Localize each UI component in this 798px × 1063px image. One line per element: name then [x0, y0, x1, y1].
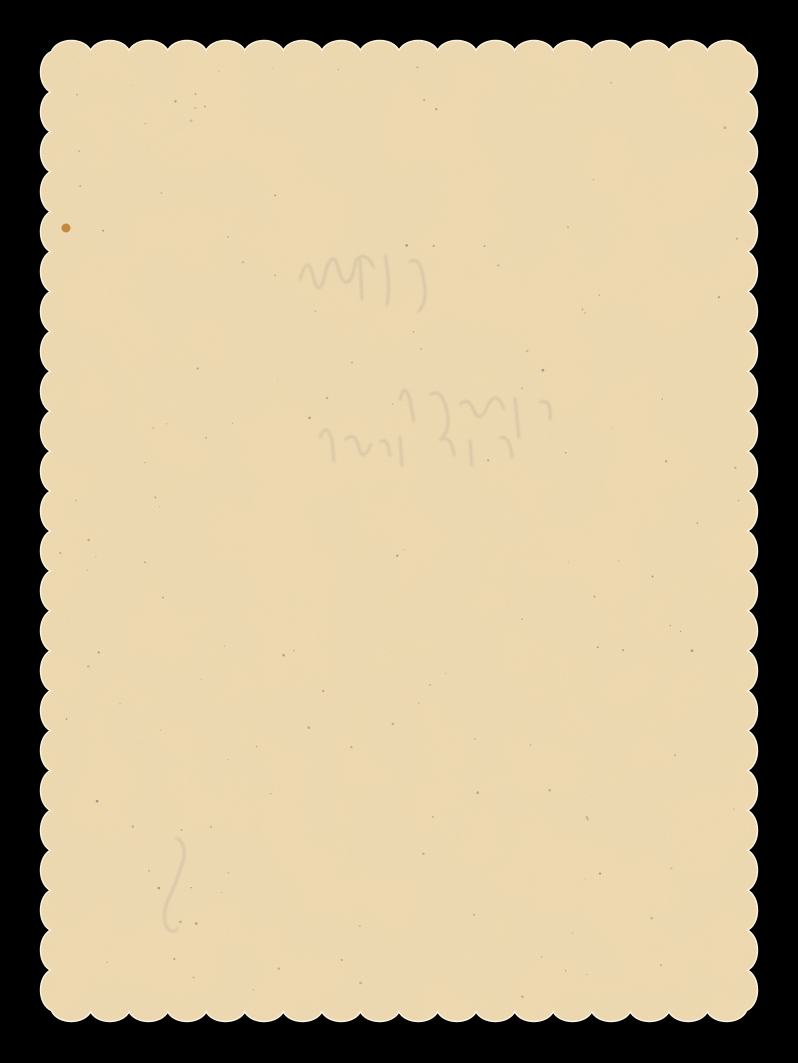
- stamp-photo: [0, 0, 798, 1063]
- rust-spot: [62, 224, 71, 233]
